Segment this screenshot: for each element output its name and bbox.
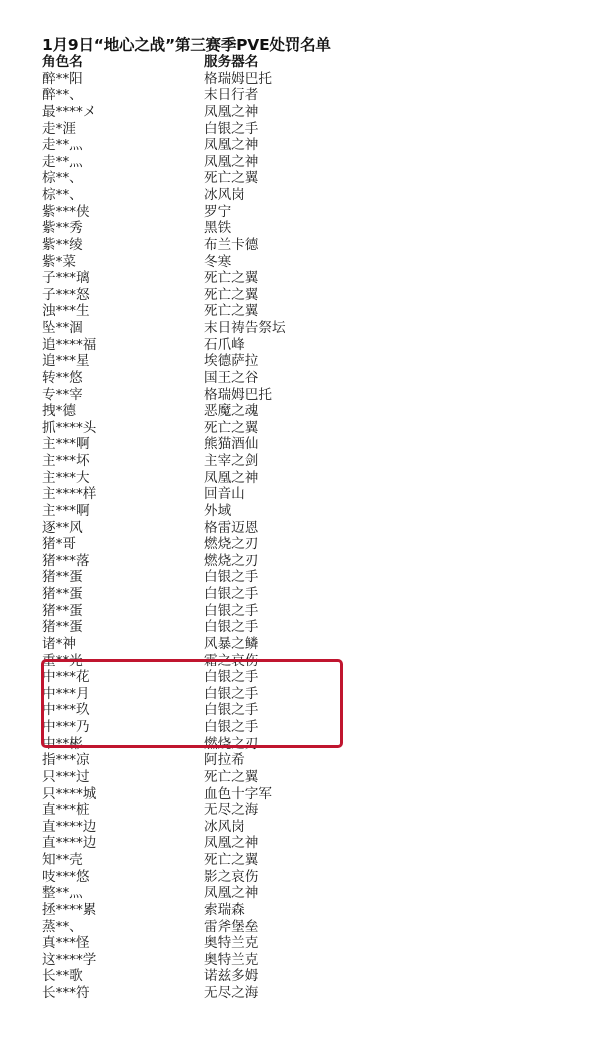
table-row: 猪***落燃烧之刃 xyxy=(42,553,582,570)
server-name: 死亡之翼 xyxy=(204,270,258,287)
server-name: 凤凰之神 xyxy=(204,137,258,154)
character-name: 最****メ xyxy=(42,104,96,121)
server-name: 冰风岗 xyxy=(204,187,245,204)
character-name: 蒸**、 xyxy=(42,919,83,936)
server-name: 熊猫酒仙 xyxy=(204,436,258,453)
table-row: 主***坏主宰之剑 xyxy=(42,453,582,470)
server-name: 外域 xyxy=(204,503,231,520)
character-name: 棕**、 xyxy=(42,187,83,204)
character-name: 整**灬 xyxy=(42,885,83,902)
character-name: 中***乃 xyxy=(42,719,90,736)
server-name: 白银之手 xyxy=(204,719,258,736)
table-row: 走**灬凤凰之神 xyxy=(42,154,582,171)
table-row: 紫**秀黑铁 xyxy=(42,220,582,237)
character-name: 猪***落 xyxy=(42,553,90,570)
table-row: 中***乃白银之手 xyxy=(42,719,582,736)
table-row: 追***星埃德萨拉 xyxy=(42,353,582,370)
character-name: 主****样 xyxy=(42,486,96,503)
character-name: 追****福 xyxy=(42,337,96,354)
table-row: 这****学奥特兰克 xyxy=(42,952,582,969)
character-name: 中***月 xyxy=(42,686,90,703)
character-name: 坠**涸 xyxy=(42,320,83,337)
table-row: 专**宰格瑞姆巴托 xyxy=(42,387,582,404)
table-row: 只***过死亡之翼 xyxy=(42,769,582,786)
character-name: 醉**、 xyxy=(42,87,83,104)
table-row: 醉**阳格瑞姆巴托 xyxy=(42,71,582,88)
table-row: 走*涯白银之手 xyxy=(42,121,582,138)
table-row: 追****福石爪峰 xyxy=(42,337,582,354)
server-name: 凤凰之神 xyxy=(204,154,258,171)
table-row: 紫*菜冬寒 xyxy=(42,254,582,271)
server-name: 凤凰之神 xyxy=(204,104,258,121)
character-name: 猪**蛋 xyxy=(42,603,83,620)
server-name: 末日行者 xyxy=(204,87,258,104)
server-name: 燃烧之刃 xyxy=(204,553,258,570)
server-name: 死亡之翼 xyxy=(204,287,258,304)
character-name: 知**壳 xyxy=(42,852,83,869)
server-name: 白银之手 xyxy=(204,619,258,636)
table-row: 棕**、冰风岗 xyxy=(42,187,582,204)
server-name: 恶魔之魂 xyxy=(204,403,258,420)
server-name: 布兰卡德 xyxy=(204,237,258,254)
server-name: 索瑞森 xyxy=(204,902,245,919)
character-name: 直****边 xyxy=(42,835,96,852)
server-name: 埃德萨拉 xyxy=(204,353,258,370)
character-name: 指***凉 xyxy=(42,752,90,769)
server-name: 影之哀伤 xyxy=(204,869,258,886)
server-name: 白银之手 xyxy=(204,686,258,703)
server-name: 凤凰之神 xyxy=(204,835,258,852)
server-name: 奥特兰克 xyxy=(204,952,258,969)
table-row: 长***符无尽之海 xyxy=(42,985,582,1002)
server-name: 回音山 xyxy=(204,486,245,503)
server-name: 诺兹多姆 xyxy=(204,968,258,985)
server-name: 白银之手 xyxy=(204,586,258,603)
table-row: 长**歌诺兹多姆 xyxy=(42,968,582,985)
character-name: 子***璃 xyxy=(42,270,90,287)
character-name: 重**光 xyxy=(42,653,83,670)
server-name: 罗宁 xyxy=(204,204,231,221)
character-name: 专**宰 xyxy=(42,387,83,404)
table-row: 子***怒死亡之翼 xyxy=(42,287,582,304)
table-row: 猪**蛋白银之手 xyxy=(42,569,582,586)
table-row: 诸*神风暴之鳞 xyxy=(42,636,582,653)
character-name: 紫**秀 xyxy=(42,220,83,237)
table-row: 重**光霜之哀伤 xyxy=(42,653,582,670)
character-name: 诸*神 xyxy=(42,636,76,653)
character-name: 只***过 xyxy=(42,769,90,786)
table-row: 醉**、末日行者 xyxy=(42,87,582,104)
server-name: 白银之手 xyxy=(204,702,258,719)
table-row: 主****样回音山 xyxy=(42,486,582,503)
document-title: 1月9日“地心之战”第三赛季PVE处罚名单 xyxy=(42,36,582,54)
server-name: 白银之手 xyxy=(204,603,258,620)
server-name: 冰风岗 xyxy=(204,819,245,836)
server-name: 石爪峰 xyxy=(204,337,245,354)
character-name: 走*涯 xyxy=(42,121,76,138)
server-name: 无尽之海 xyxy=(204,985,258,1002)
character-name: 主***啊 xyxy=(42,503,90,520)
character-name: 拯****累 xyxy=(42,902,96,919)
table-row: 中**彬燃烧之刃 xyxy=(42,736,582,753)
server-name: 死亡之翼 xyxy=(204,769,258,786)
table-row: 子***璃死亡之翼 xyxy=(42,270,582,287)
table-row: 逐**风格雷迈恩 xyxy=(42,520,582,537)
character-name: 抓****头 xyxy=(42,420,96,437)
table-row: 整**灬凤凰之神 xyxy=(42,885,582,902)
server-name: 燃烧之刃 xyxy=(204,736,258,753)
character-name: 主***啊 xyxy=(42,436,90,453)
table-row: 走**灬凤凰之神 xyxy=(42,137,582,154)
table-row: 拽*德恶魔之魂 xyxy=(42,403,582,420)
table-row: 真***怪奥特兰克 xyxy=(42,935,582,952)
server-name: 死亡之翼 xyxy=(204,852,258,869)
server-name: 凤凰之神 xyxy=(204,885,258,902)
table-row: 中***玖白银之手 xyxy=(42,702,582,719)
server-name: 死亡之翼 xyxy=(204,303,258,320)
character-name: 中***玖 xyxy=(42,702,90,719)
server-name: 风暴之鳞 xyxy=(204,636,258,653)
character-name: 长***符 xyxy=(42,985,90,1002)
penalty-list-document: 1月9日“地心之战”第三赛季PVE处罚名单 角色名 服务器名 醉**阳格瑞姆巴托… xyxy=(42,36,582,1002)
character-name: 追***星 xyxy=(42,353,90,370)
table-row: 猪**蛋白银之手 xyxy=(42,603,582,620)
table-row: 直***桩无尽之海 xyxy=(42,802,582,819)
character-name: 浊***生 xyxy=(42,303,90,320)
server-name: 奥特兰克 xyxy=(204,935,258,952)
server-name: 白银之手 xyxy=(204,121,258,138)
character-name: 主***大 xyxy=(42,470,90,487)
table-row: 只****城血色十字军 xyxy=(42,786,582,803)
table-row: 抓****头死亡之翼 xyxy=(42,420,582,437)
character-name: 真***怪 xyxy=(42,935,90,952)
table-row: 吱***悠影之哀伤 xyxy=(42,869,582,886)
character-name: 紫*菜 xyxy=(42,254,76,271)
table-row: 主***啊外域 xyxy=(42,503,582,520)
character-name: 直****边 xyxy=(42,819,96,836)
character-name: 拽*德 xyxy=(42,403,76,420)
table-row: 指***凉阿拉希 xyxy=(42,752,582,769)
character-name: 猪**蛋 xyxy=(42,619,83,636)
server-name: 无尽之海 xyxy=(204,802,258,819)
server-name: 格瑞姆巴托 xyxy=(204,387,272,404)
character-name: 棕**、 xyxy=(42,170,83,187)
server-name: 燃烧之刃 xyxy=(204,536,258,553)
character-name: 逐**风 xyxy=(42,520,83,537)
server-name: 雷斧堡垒 xyxy=(204,919,258,936)
table-row: 猪*哥燃烧之刃 xyxy=(42,536,582,553)
table-header: 角色名 服务器名 xyxy=(42,54,582,71)
table-row: 直****边冰风岗 xyxy=(42,819,582,836)
server-name: 格瑞姆巴托 xyxy=(204,71,272,88)
server-name: 冬寒 xyxy=(204,254,231,271)
server-name: 死亡之翼 xyxy=(204,170,258,187)
character-name: 只****城 xyxy=(42,786,96,803)
table-row: 中***花白银之手 xyxy=(42,669,582,686)
character-name: 走**灬 xyxy=(42,154,83,171)
server-name: 阿拉希 xyxy=(204,752,245,769)
table-row: 拯****累索瑞森 xyxy=(42,902,582,919)
character-name: 紫***侠 xyxy=(42,204,90,221)
table-row: 棕**、死亡之翼 xyxy=(42,170,582,187)
character-name: 猪**蛋 xyxy=(42,586,83,603)
server-name: 凤凰之神 xyxy=(204,470,258,487)
server-name: 白银之手 xyxy=(204,669,258,686)
character-name: 主***坏 xyxy=(42,453,90,470)
table-row: 主***大凤凰之神 xyxy=(42,470,582,487)
character-name: 转**悠 xyxy=(42,370,83,387)
table-row: 猪**蛋白银之手 xyxy=(42,586,582,603)
character-name: 直***桩 xyxy=(42,802,90,819)
character-name: 中**彬 xyxy=(42,736,83,753)
table-row: 蒸**、雷斧堡垒 xyxy=(42,919,582,936)
server-name: 主宰之剑 xyxy=(204,453,258,470)
server-name: 末日祷告祭坛 xyxy=(204,320,286,337)
character-name: 中***花 xyxy=(42,669,90,686)
character-name: 这****学 xyxy=(42,952,96,969)
character-name: 吱***悠 xyxy=(42,869,90,886)
character-name: 醉**阳 xyxy=(42,71,83,88)
table-row: 紫**绫布兰卡德 xyxy=(42,237,582,254)
table-row: 直****边凤凰之神 xyxy=(42,835,582,852)
character-name: 猪**蛋 xyxy=(42,569,83,586)
server-name: 霜之哀伤 xyxy=(204,653,258,670)
character-name: 子***怒 xyxy=(42,287,90,304)
server-name: 黑铁 xyxy=(204,220,231,237)
server-name: 死亡之翼 xyxy=(204,420,258,437)
server-name: 血色十字军 xyxy=(204,786,272,803)
table-row: 猪**蛋白银之手 xyxy=(42,619,582,636)
character-name: 猪*哥 xyxy=(42,536,76,553)
column-header-server-name: 服务器名 xyxy=(204,54,258,71)
table-row: 中***月白银之手 xyxy=(42,686,582,703)
table-row: 最****メ凤凰之神 xyxy=(42,104,582,121)
table-body: 醉**阳格瑞姆巴托醉**、末日行者最****メ凤凰之神走*涯白银之手走**灬凤凰… xyxy=(42,71,582,1002)
character-name: 紫**绫 xyxy=(42,237,83,254)
table-row: 紫***侠罗宁 xyxy=(42,204,582,221)
table-row: 主***啊熊猫酒仙 xyxy=(42,436,582,453)
table-row: 知**壳死亡之翼 xyxy=(42,852,582,869)
server-name: 白银之手 xyxy=(204,569,258,586)
character-name: 走**灬 xyxy=(42,137,83,154)
table-row: 坠**涸末日祷告祭坛 xyxy=(42,320,582,337)
server-name: 格雷迈恩 xyxy=(204,520,258,537)
column-header-character-name: 角色名 xyxy=(42,54,83,71)
character-name: 长**歌 xyxy=(42,968,83,985)
server-name: 国王之谷 xyxy=(204,370,258,387)
table-row: 转**悠国王之谷 xyxy=(42,370,582,387)
table-row: 浊***生死亡之翼 xyxy=(42,303,582,320)
